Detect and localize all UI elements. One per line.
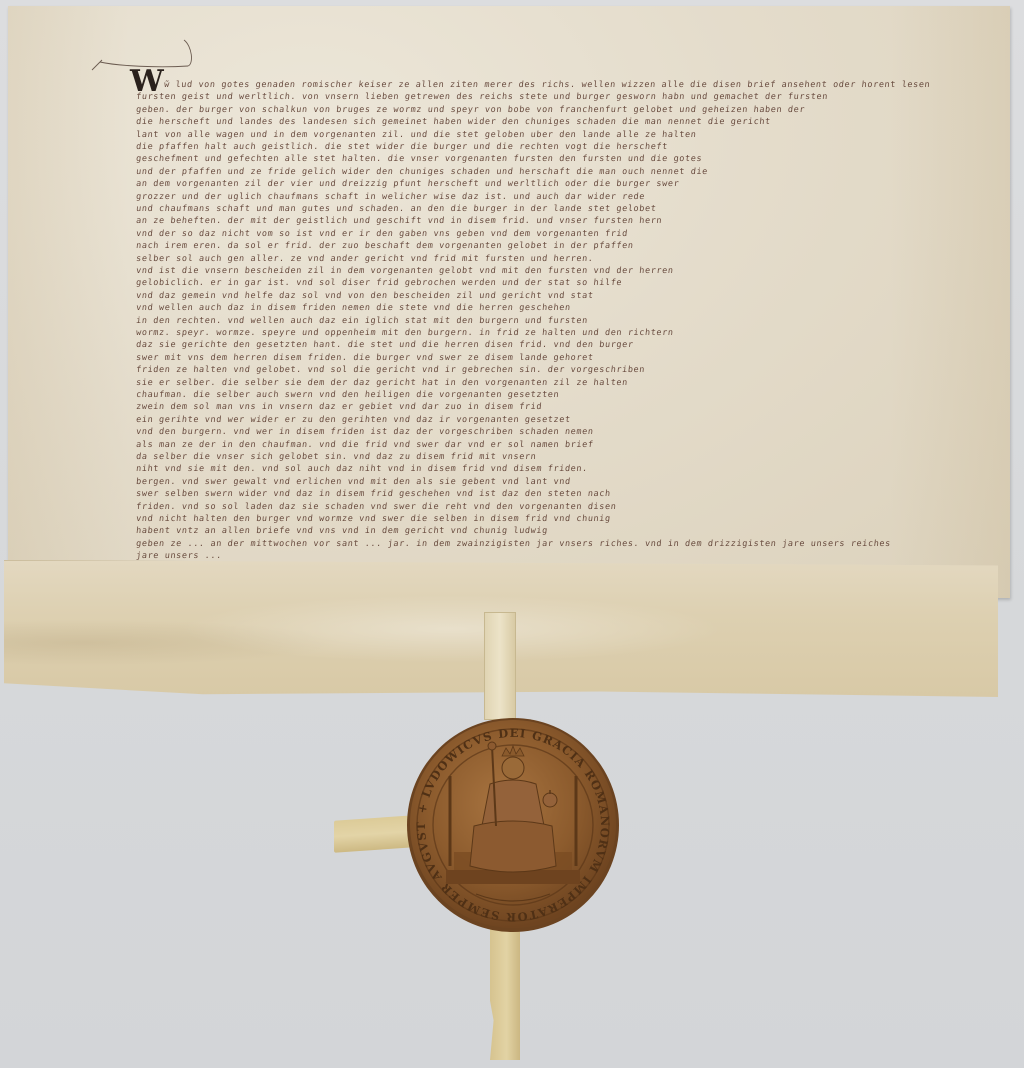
manuscript-line: selber sol auch gen aller. ze vnd ander … bbox=[135, 254, 936, 266]
seal-tag-lower bbox=[490, 928, 520, 1060]
manuscript-line: in den rechten. vnd wellen auch daz ein … bbox=[135, 316, 936, 328]
seal-tag-upper bbox=[484, 612, 516, 720]
manuscript-line: friden. vnd so sol laden daz sie schaden… bbox=[135, 502, 936, 514]
manuscript-line: habent vntz an allen briefe vnd vns vnd … bbox=[135, 526, 936, 538]
manuscript-line: vnd wellen auch daz in disem friden neme… bbox=[135, 303, 936, 315]
wax-seal: + LVDOWICVS DEI GRACIA ROMANORVM IMPERAT… bbox=[406, 716, 620, 934]
manuscript-line: w̃ lud̃ von gotes genaden romischer keis… bbox=[163, 80, 936, 92]
manuscript-line: gelobiclich. er in gar ist. vnd sol dise… bbox=[135, 278, 936, 290]
manuscript-line: geschefment und gefechten alle stet halt… bbox=[135, 154, 936, 166]
manuscript-line: an dem vorgenanten zil der vier und drei… bbox=[135, 179, 936, 191]
manuscript-line: zwein dem sol man vns in vnsern daz er g… bbox=[135, 402, 936, 414]
manuscript-line: daz sie gerichte den gesetzten hant. die… bbox=[135, 340, 936, 352]
manuscript-line: und der pfaffen und ze fride gelich wide… bbox=[135, 167, 936, 179]
manuscript-line: vnd ist die vnsern bescheiden zil in dem… bbox=[135, 266, 936, 278]
manuscript-line: die pfaffen halt auch geistlich. die ste… bbox=[135, 142, 936, 154]
manuscript-line: bergen. vnd swer gewalt vnd erlichen vnd… bbox=[135, 477, 936, 489]
manuscript-line: lant von alle wagen und in dem vorgenant… bbox=[135, 130, 936, 142]
manuscript-line: geben. der burger von schalkun von bruge… bbox=[135, 105, 936, 117]
manuscript-line: nach irem eren. da sol er frid. der zuo … bbox=[135, 241, 936, 253]
manuscript-line: die herscheft und landes des landesen si… bbox=[135, 117, 936, 129]
manuscript-line: vnd den burgern. vnd wer in disem friden… bbox=[135, 427, 936, 439]
manuscript-line: niht vnd sie mit den. vnd sol auch daz n… bbox=[135, 464, 936, 476]
seal-tag-left bbox=[334, 815, 414, 853]
manuscript-line: vnd daz gemein vnd helfe daz sol vnd von… bbox=[135, 291, 936, 303]
manuscript-line: da selber die vnser sich gelobet sin. vn… bbox=[135, 452, 936, 464]
manuscript-line: sie er selber. die selber sie dem der da… bbox=[135, 378, 936, 390]
manuscript-line: fursten geist und werltlich. von vnsern … bbox=[135, 92, 936, 104]
manuscript-line: swer mit vns dem herren disem friden. di… bbox=[135, 353, 936, 365]
manuscript-line: chaufman. die selber auch swern vnd den … bbox=[135, 390, 936, 402]
manuscript-line: vnd der so daz nicht vom so ist vnd er i… bbox=[135, 229, 936, 241]
manuscript-line: geben ze ... an der mittwochen vor sant … bbox=[135, 539, 936, 551]
manuscript-line: wormz. speyr. wormze. speyre und oppenhe… bbox=[135, 328, 936, 340]
manuscript-line: vnd nicht halten den burger vnd wormze v… bbox=[135, 514, 936, 526]
manuscript-line: swer selben swern wider vnd daz in disem… bbox=[135, 489, 936, 501]
manuscript-line: an ze beheften. der mit der geistlich un… bbox=[135, 216, 936, 228]
manuscript-line: ein gerihte vnd wer wider er zu den geri… bbox=[135, 415, 936, 427]
manuscript-line: und chaufmans schaft und man gutes und s… bbox=[135, 204, 936, 216]
manuscript-line: grozzer und der uglich chaufmans schaft … bbox=[135, 192, 936, 204]
manuscript-line: als man ze der in den chaufman. vnd die … bbox=[135, 440, 936, 452]
manuscript-line: friden ze halten vnd gelobet. vnd sol di… bbox=[135, 365, 936, 377]
